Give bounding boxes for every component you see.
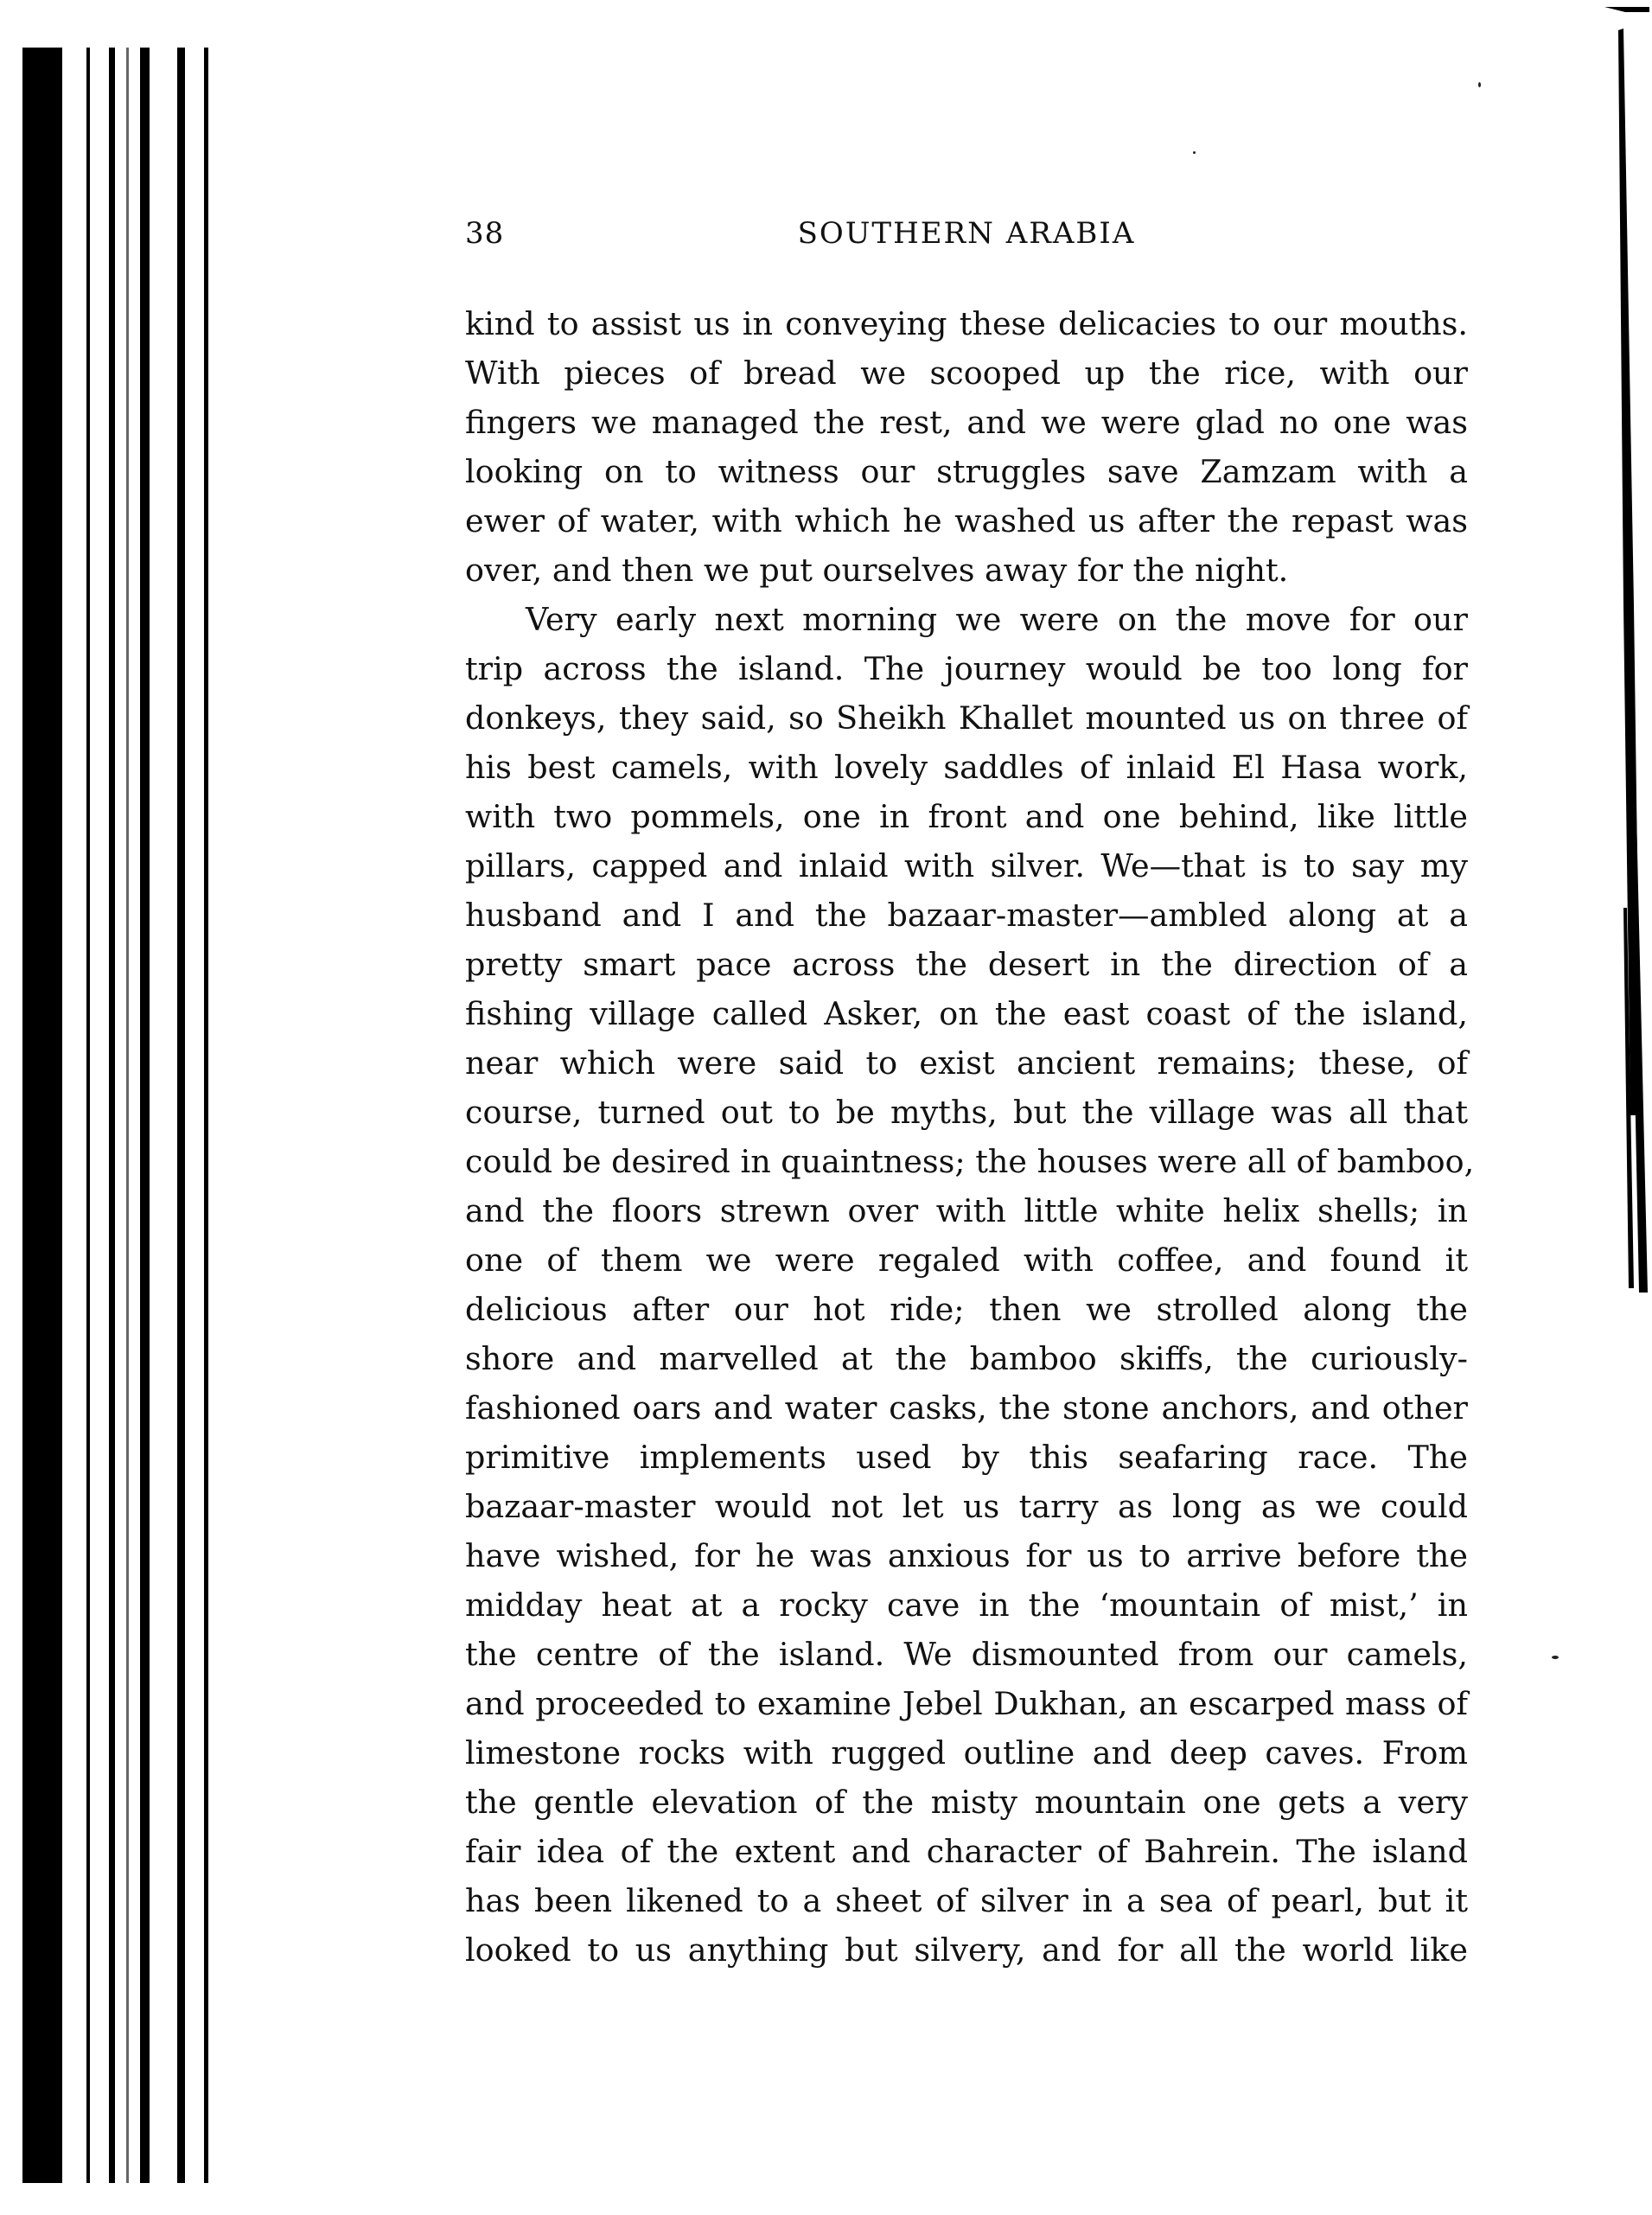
text-line: husband and I and the bazaar-master—ambl… bbox=[465, 890, 1468, 940]
text-line: ewer of water, with which he washed us a… bbox=[465, 496, 1468, 546]
text-line: midday heat at a rocky cave in the ‘moun… bbox=[465, 1580, 1468, 1630]
scan-speck bbox=[1193, 151, 1196, 154]
body-text: kind to assist us in conveying these del… bbox=[465, 299, 1468, 1975]
text-line: fishing village called Asker, on the eas… bbox=[465, 989, 1468, 1038]
text-line: delicious after our hot ride; then we st… bbox=[465, 1285, 1468, 1334]
scan-binding-edge-left bbox=[0, 48, 233, 2183]
scan-speck bbox=[1552, 1656, 1559, 1659]
text-line: fair idea of the extent and character of… bbox=[465, 1827, 1468, 1876]
text-line: With pieces of bread we scooped up the r… bbox=[465, 348, 1468, 398]
text-line: fashioned oars and water casks, the ston… bbox=[465, 1383, 1468, 1433]
text-line: course, turned out to be myths, but the … bbox=[465, 1088, 1468, 1137]
text-line: Very early next morning we were on the m… bbox=[465, 595, 1468, 644]
text-line: fingers we managed the rest, and we were… bbox=[465, 398, 1468, 447]
text-line: the centre of the island. We dismounted … bbox=[465, 1630, 1468, 1679]
text-line: and the floors strewn over with little w… bbox=[465, 1186, 1468, 1235]
text-line: pretty smart pace across the desert in t… bbox=[465, 940, 1468, 989]
text-line: his best camels, with lovely saddles of … bbox=[465, 743, 1468, 792]
paragraph: Very early next morning we were on the m… bbox=[465, 595, 1468, 1975]
text-line: over, and then we put ourselves away for… bbox=[465, 546, 1468, 595]
text-line: donkeys, they said, so Sheikh Khallet mo… bbox=[465, 693, 1468, 743]
text-line: and proceeded to examine Jebel Dukhan, a… bbox=[465, 1679, 1468, 1728]
text-line: have wished, for he was anxious for us t… bbox=[465, 1531, 1468, 1580]
text-line: has been likened to a sheet of silver in… bbox=[465, 1876, 1468, 1925]
text-line: near which were said to exist ancient re… bbox=[465, 1038, 1468, 1088]
text-line: trip across the island. The journey woul… bbox=[465, 644, 1468, 693]
text-line: pillars, capped and inlaid with silver. … bbox=[465, 841, 1468, 890]
scan-speck bbox=[1478, 82, 1481, 87]
text-line: with two pommels, one in front and one b… bbox=[465, 792, 1468, 841]
text-line: looked to us anything but silvery, and f… bbox=[465, 1925, 1468, 1975]
running-head: 38 SOUTHERN ARABIA bbox=[465, 216, 1468, 268]
text-line: could be desired in quaintness; the hous… bbox=[465, 1137, 1468, 1186]
text-line: bazaar-master would not let us tarry as … bbox=[465, 1482, 1468, 1531]
text-line: kind to assist us in conveying these del… bbox=[465, 299, 1468, 348]
text-line: one of them we were regaled with coffee,… bbox=[465, 1235, 1468, 1285]
text-line: limestone rocks with rugged outline and … bbox=[465, 1728, 1468, 1778]
text-line: looking on to witness our struggles save… bbox=[465, 447, 1468, 496]
text-line: the gentle elevation of the misty mounta… bbox=[465, 1778, 1468, 1827]
scan-binding-edge-right bbox=[1573, 0, 1651, 1729]
text-line: primitive implements used by this seafar… bbox=[465, 1433, 1468, 1482]
book-page: 38 SOUTHERN ARABIA kind to assist us in … bbox=[465, 216, 1468, 1975]
paragraph: kind to assist us in conveying these del… bbox=[465, 299, 1468, 595]
running-title: SOUTHERN ARABIA bbox=[465, 216, 1468, 251]
text-line: shore and marvelled at the bamboo skiffs… bbox=[465, 1334, 1468, 1383]
